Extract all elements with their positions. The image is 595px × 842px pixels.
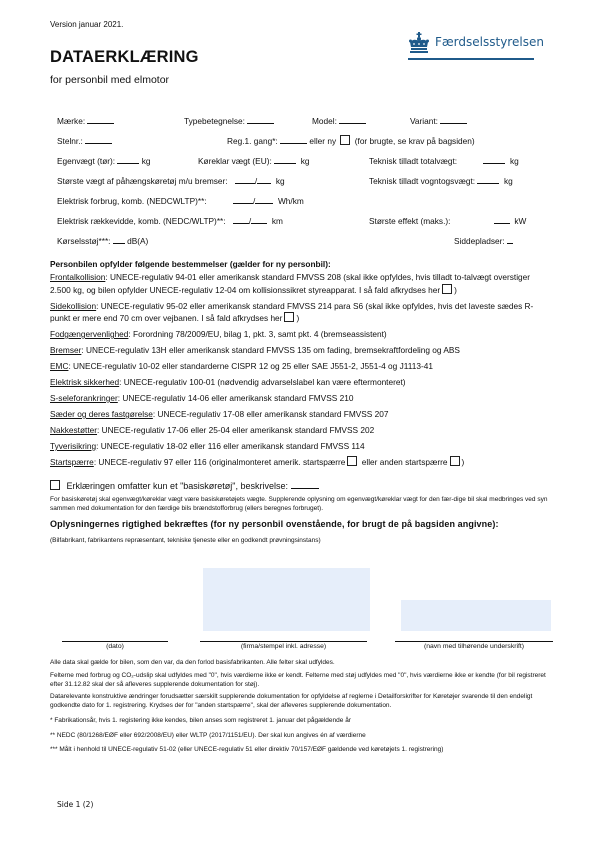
regulation-text: : UNECE-regulativ 17-06 eller 25-04 elle… — [97, 425, 374, 435]
footnote-1: * Fabrikationsår, hvis 1. registering ik… — [50, 716, 555, 725]
regulation-term: Frontalkollision — [50, 272, 105, 282]
note-all-data: Alle data skal gælde for bilen, som den … — [50, 658, 555, 667]
regulation-item: Tyverisikring: UNECE-regulativ 18-02 ell… — [50, 440, 550, 453]
regulation-text: ) — [462, 457, 465, 467]
version-label: Version januar 2021. — [50, 20, 123, 29]
regulation-item: Frontalkollision: UNECE-regulativ 94-01 … — [50, 271, 550, 296]
field-koereklar: Køreklar vægt (EU): kg — [198, 155, 309, 166]
variant-label: Variant: — [410, 116, 438, 126]
koereklar-input[interactable] — [274, 155, 296, 164]
eller-ny-label: eller ny — [309, 136, 336, 146]
regulation-text: : UNECE-regulativ 14-06 eller amerikansk… — [118, 393, 354, 403]
forbrug-label: Elektrisk forbrug, komb. (NEDCWLTP)**: — [57, 196, 207, 206]
regulation-checkbox[interactable] — [442, 284, 452, 294]
field-model: Model: — [312, 115, 366, 126]
unit-whkm: Wh/km — [278, 196, 304, 206]
date-label: (dato) — [62, 643, 168, 650]
field-maerke: Mærke: — [57, 115, 114, 126]
vogntog-input[interactable] — [477, 175, 499, 184]
regulation-checkbox[interactable] — [450, 456, 460, 466]
stelnr-input[interactable] — [85, 135, 112, 144]
regulation-item: S-seleforankringer: UNECE-regulativ 14-0… — [50, 392, 550, 405]
reg-first-input[interactable] — [280, 135, 307, 144]
note-modifications: Datarelevante konstruktive ændringer for… — [50, 692, 555, 710]
paahaeng-label: Største vægt af påhængskøretøj m/u brems… — [57, 176, 228, 186]
regulation-item: Fodgængervenlighed: Forordning 78/2009/E… — [50, 328, 550, 341]
regulation-term: Fodgængervenlighed — [50, 329, 128, 339]
company-stamp-field[interactable] — [203, 568, 370, 631]
agency-logo: Færdselsstyrelsen — [408, 32, 553, 62]
totalvaegt-input[interactable] — [483, 155, 505, 164]
forbrug-wltp-input[interactable] — [255, 195, 273, 204]
field-raekkevidde: Elektrisk rækkevidde, komb. (NEDC/WLTP)*… — [57, 215, 283, 226]
effekt-label: Største effekt (maks.): — [369, 216, 450, 226]
regulation-item: Bremser: UNECE-regulativ 13H eller ameri… — [50, 344, 550, 357]
regulation-term: S-seleforankringer — [50, 393, 118, 403]
page-subtitle: for personbil med elmotor — [50, 74, 169, 86]
unit-kg: kg — [301, 156, 310, 166]
regulation-term: Nakkestøtter — [50, 425, 97, 435]
model-input[interactable] — [339, 115, 366, 124]
regulation-text: : Forordning 78/2009/EU, bilag 1, pkt. 3… — [128, 329, 386, 339]
stelnr-label: Stelnr.: — [57, 136, 83, 146]
paahaeng-unbraked-input[interactable] — [257, 175, 271, 184]
regulation-text: : UNECE-regulativ 17-08 eller amerikansk… — [153, 409, 389, 419]
signature-label: (navn med tilhørende underskrift) — [395, 643, 553, 650]
regulations-list: Frontalkollision: UNECE-regulativ 94-01 … — [50, 271, 550, 472]
maerke-input[interactable] — [87, 115, 114, 124]
typebetegnelse-label: Typebetegnelse: — [184, 116, 245, 126]
regulation-checkbox[interactable] — [347, 456, 357, 466]
crown-icon — [408, 32, 430, 54]
regulation-item: Sidekollision: UNECE-regulativ 95-02 ell… — [50, 300, 550, 325]
logo-text: Færdselsstyrelsen — [435, 35, 544, 49]
regulation-item: Sæder og deres fastgørelse: UNECE-regula… — [50, 408, 550, 421]
field-forbrug: Elektrisk forbrug, komb. (NEDCWLTP)**: /… — [57, 195, 304, 206]
regulation-term: Sidekollision — [50, 301, 96, 311]
basis-vehicle-checkbox[interactable] — [50, 480, 60, 490]
used-vehicle-note: (for brugte, se krav på bagsiden) — [355, 136, 475, 146]
unit-kg: kg — [510, 156, 519, 166]
raekkevidde-nedc-input[interactable] — [233, 215, 249, 224]
model-label: Model: — [312, 116, 337, 126]
regulation-item: EMC: UNECE-regulativ 10-02 eller standar… — [50, 360, 550, 373]
forbrug-nedc-input[interactable] — [233, 195, 253, 204]
stoej-label: Kørselsstøj***: — [57, 236, 110, 246]
regulations-heading: Personbilen opfylder følgende bestemmels… — [50, 259, 331, 269]
regulation-text: ) — [296, 313, 299, 323]
unit-km: km — [272, 216, 283, 226]
basis-vehicle-row: Erklæringen omfatter kun et "basiskøretø… — [50, 480, 319, 491]
regulation-checkbox[interactable] — [284, 312, 294, 322]
field-stelnr: Stelnr.: — [57, 135, 112, 146]
field-egenvaegt: Egenvægt (tør): kg — [57, 155, 151, 166]
logo-underline — [408, 58, 534, 60]
basis-note: For basiskøretøj skal egenvægt/køreklar … — [50, 495, 555, 513]
field-variant: Variant: — [410, 115, 467, 126]
regulation-term: Elektrisk sikkerhed — [50, 377, 119, 387]
regulation-term: EMC — [50, 361, 68, 371]
note-consumption: Felterne med forbrug og CO₂-udslip skal … — [50, 671, 555, 689]
field-siddepladser: Siddepladser: — [454, 235, 513, 246]
regulation-term: Sæder og deres fastgørelse — [50, 409, 153, 419]
effekt-input[interactable] — [494, 215, 510, 224]
typebetegnelse-input[interactable] — [247, 115, 274, 124]
regulation-text: : UNECE-regulativ 10-02 eller standarder… — [68, 361, 433, 371]
maerke-label: Mærke: — [57, 116, 85, 126]
field-totalvaegt: Teknisk tilladt totalvægt: kg — [369, 155, 519, 166]
footnote-2: ** NEDC (80/1268/EØF eller 692/2008/EU) … — [50, 731, 555, 740]
basis-vehicle-label: Erklæringen omfatter kun et "basiskøretø… — [67, 481, 288, 491]
field-reg-first: Reg.1. gang*: eller ny (for brugte, se k… — [227, 135, 475, 146]
field-stoej: Kørselsstøj***: dB(A) — [57, 235, 148, 246]
raekkevidde-label: Elektrisk rækkevidde, komb. (NEDC/WLTP)*… — [57, 216, 226, 226]
field-effekt: Største effekt (maks.): kW — [369, 215, 526, 226]
date-line — [62, 641, 168, 642]
regulation-term: Tyverisikring — [50, 441, 96, 451]
unit-kw: kW — [514, 216, 526, 226]
field-typebetegnelse: Typebetegnelse: — [184, 115, 274, 126]
variant-input[interactable] — [440, 115, 467, 124]
regulation-item: Nakkestøtter: UNECE-regulativ 17-06 elle… — [50, 424, 550, 437]
unit-kg: kg — [142, 156, 151, 166]
regulation-text: : UNECE-regulativ 13H eller amerikansk s… — [81, 345, 460, 355]
egenvaegt-input[interactable] — [117, 155, 139, 164]
siddepladser-label: Siddepladser: — [454, 236, 505, 246]
signature-field[interactable] — [401, 600, 551, 631]
regulation-text: eller anden startspærre — [359, 457, 447, 467]
unit-kg: kg — [276, 176, 285, 186]
confirmation-heading: Oplysningernes rigtighed bekræftes (for … — [50, 519, 499, 529]
confirmation-subtext: (Bilfabrikant, fabrikantens repræsentant… — [50, 537, 321, 544]
regulation-text: : UNECE-regulativ 97 eller 116 (original… — [94, 457, 346, 467]
regulation-term: Startspærre — [50, 457, 94, 467]
reg-first-label: Reg.1. gang*: — [227, 136, 278, 146]
siddepladser-input[interactable] — [507, 235, 513, 244]
vogntog-label: Teknisk tilladt vogntogsvægt: — [369, 176, 475, 186]
regulation-term: Bremser — [50, 345, 81, 355]
koereklar-label: Køreklar vægt (EU): — [198, 156, 272, 166]
unit-db: dB(A) — [127, 236, 148, 246]
field-vogntog: Teknisk tilladt vogntogsvægt: kg — [369, 175, 513, 186]
company-line — [200, 641, 367, 642]
page-number: Side 1 (2) — [57, 800, 93, 809]
field-paahaeng: Største vægt af påhængskøretøj m/u brems… — [57, 175, 285, 186]
unit-kg: kg — [504, 176, 513, 186]
egenvaegt-label: Egenvægt (tør): — [57, 156, 115, 166]
regulation-item: Startspærre: UNECE-regulativ 97 eller 11… — [50, 456, 550, 469]
stoej-input[interactable] — [113, 235, 125, 244]
totalvaegt-label: Teknisk tilladt totalvægt: — [369, 156, 457, 166]
new-vehicle-checkbox[interactable] — [340, 135, 350, 145]
raekkevidde-wltp-input[interactable] — [251, 215, 267, 224]
signature-line — [395, 641, 553, 642]
company-label: (firma/stempel inkl. adresse) — [200, 643, 367, 650]
regulation-text: ) — [454, 285, 457, 295]
regulation-text: : UNECE-regulativ 94-01 eller amerikansk… — [50, 272, 530, 295]
regulation-text: : UNECE-regulativ 18-02 eller 116 eller … — [96, 441, 365, 451]
regulation-text: : UNECE-regulativ 100-01 (nødvendig adva… — [119, 377, 405, 387]
basis-description-input[interactable] — [291, 480, 319, 489]
paahaeng-braked-input[interactable] — [235, 175, 255, 184]
page-title: DATAERKLÆRING — [50, 48, 199, 67]
regulation-item: Elektrisk sikkerhed: UNECE-regulativ 100… — [50, 376, 550, 389]
footnote-3: *** Målt i henhold til UNECE-regulativ 5… — [50, 745, 555, 754]
